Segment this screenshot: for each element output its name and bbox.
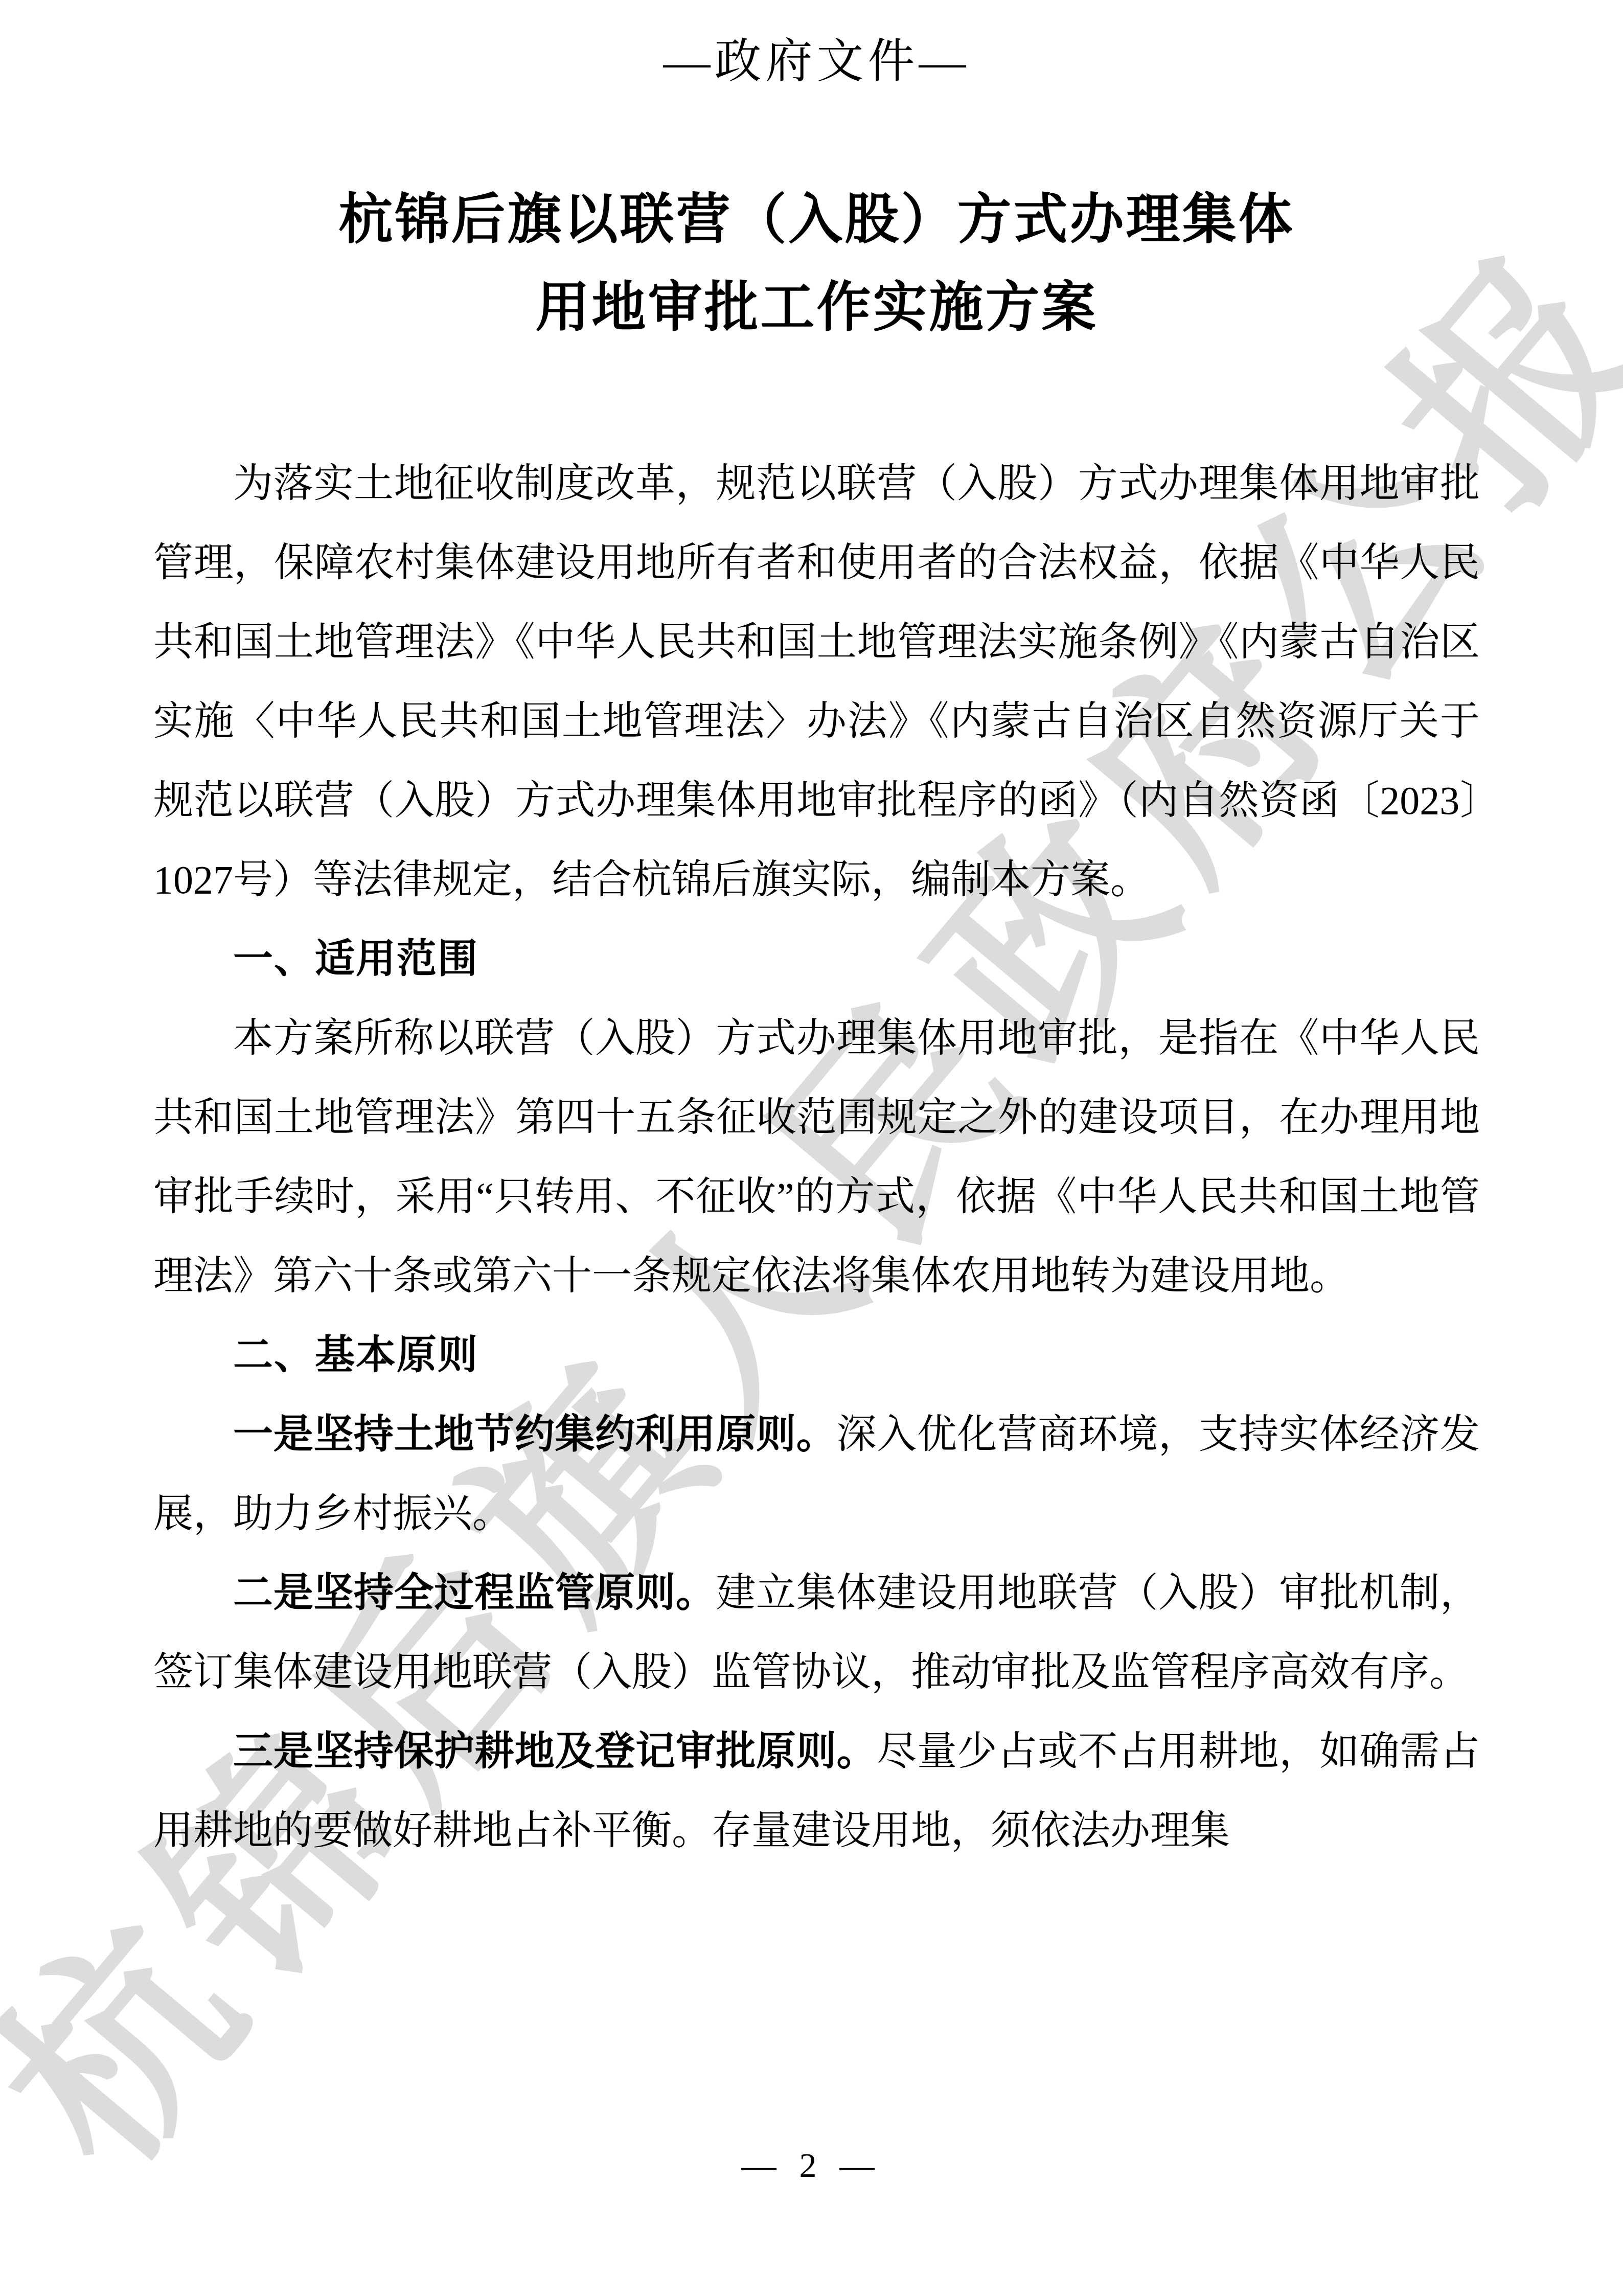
section-heading-principles: 二、基本原则: [153, 1315, 1480, 1395]
document-title-line-2: 用地审批工作实施方案: [536, 278, 1098, 337]
document-title: 杭锦后旗以联营（入股）方式办理集体用地审批工作实施方案: [153, 176, 1480, 352]
paragraph-principle-1: 一是坚持土地节约集约利用原则。深入优化营商环境，支持实体经济发展，助力乡村振兴。: [153, 1395, 1480, 1553]
principle-1-lead: 一是坚持土地节约集约利用原则。: [233, 1412, 837, 1457]
document-type-label: —政府文件—: [153, 37, 1480, 86]
page-number: — 2 —: [0, 2140, 1623, 2191]
document-title-line-1: 杭锦后旗以联营（入股）方式办理集体: [339, 190, 1295, 249]
paragraph-principle-2: 二是坚持全过程监管原则。建立集体建设用地联营（入股）审批机制，签订集体建设用地联…: [153, 1553, 1480, 1712]
paragraph-intro: 为落实土地征收制度改革，规范以联营（入股）方式办理集体用地审批管理，保障农村集体…: [153, 444, 1480, 919]
document-body: 为落实土地征收制度改革，规范以联营（入股）方式办理集体用地审批管理，保障农村集体…: [153, 444, 1480, 1870]
paragraph-scope: 本方案所称以联营（入股）方式办理集体用地审批，是指在《中华人民共和国土地管理法》…: [153, 998, 1480, 1315]
principle-3-lead: 三是坚持保护耕地及登记审批原则。: [233, 1729, 877, 1774]
document-page: 杭锦后旗人民政府公报 —政府文件— 杭锦后旗以联营（入股）方式办理集体用地审批工…: [0, 0, 1623, 2296]
document-content: —政府文件— 杭锦后旗以联营（入股）方式办理集体用地审批工作实施方案 为落实土地…: [0, 37, 1623, 1870]
paragraph-principle-3: 三是坚持保护耕地及登记审批原则。尽量少占或不占用耕地，如确需占用耕地的要做好耕地…: [153, 1712, 1480, 1870]
section-heading-scope: 一、适用范围: [153, 919, 1480, 998]
principle-2-lead: 二是坚持全过程监管原则。: [233, 1571, 716, 1615]
